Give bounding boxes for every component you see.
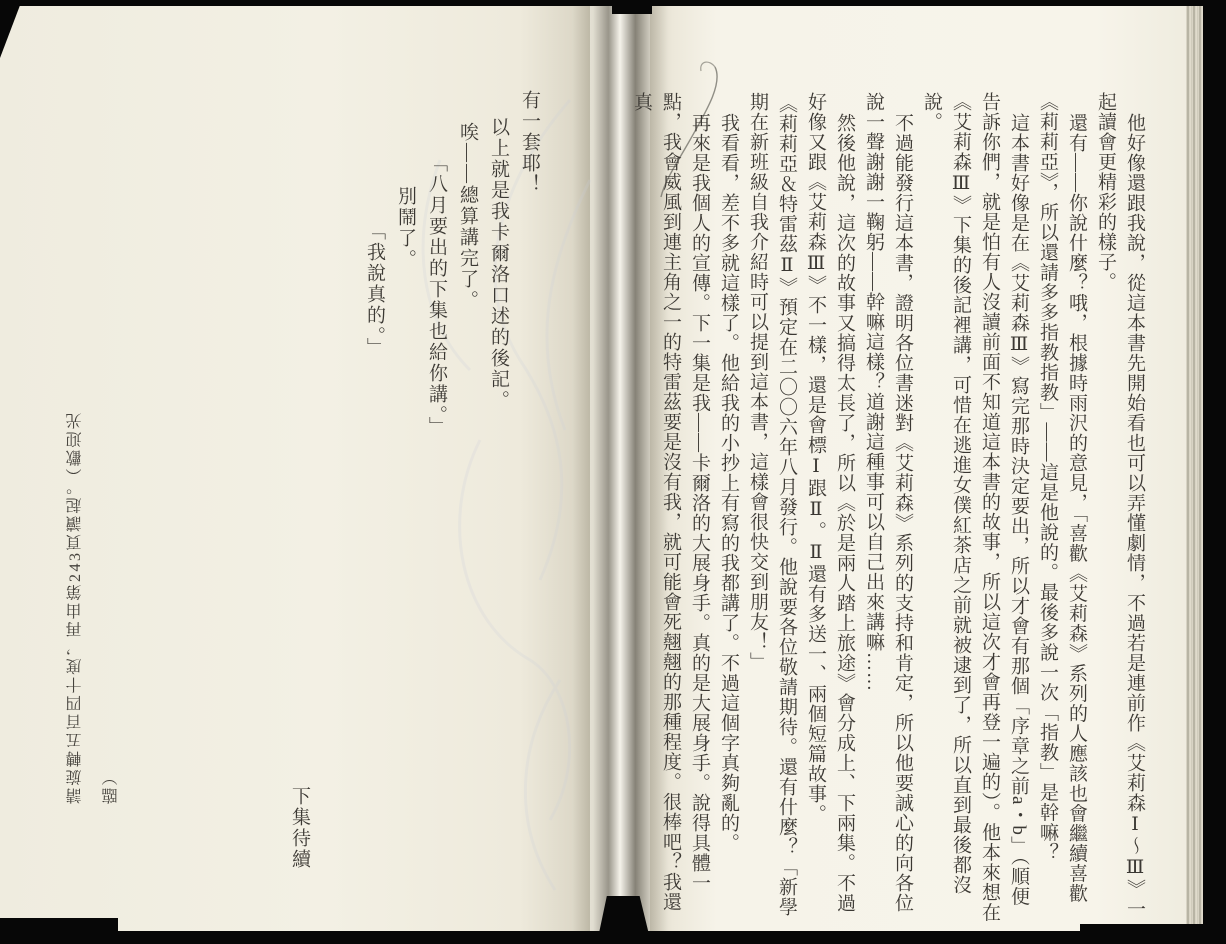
text-column: 我看看，差不多就這樣了。他給我的小抄上有寫的我都講了。不過這個字真夠亂的。 xyxy=(714,92,743,928)
text-column: 告訴你們，就是怕有人沒讀前面不知道這本書的故事，所以這次才會再登一遍的）。他本來… xyxy=(975,92,1004,928)
book-scan: 他好像還跟我說，從這本書先開始看也可以弄懂劇情，不過若是連前作《艾莉森Ⅰ～Ⅲ》一… xyxy=(0,0,1226,944)
page-edge-stack xyxy=(1186,6,1204,934)
text-column: 不過能發行這本書，證明各位書迷對《艾莉森》系列的支持和肯定，所以他要誠心的向各位 xyxy=(888,92,917,928)
to-be-continued-label: 下集待續 xyxy=(283,786,315,878)
text-column: 別鬧了。 xyxy=(390,90,421,926)
text-column: 然後他說，這次的故事又搞得太長了，所以《於是兩人踏上旅途》會分成上、下兩集。不過 xyxy=(830,92,859,928)
dialogue-text-block: 有一套耶！ 以上就是我卡爾洛口述的後記。 唉——總算講完了。 「八月要出的下集也… xyxy=(297,90,545,926)
text-column: 起讀會更精彩的樣子。 xyxy=(1091,92,1120,928)
text-column: 《莉莉亞＆特雷茲Ⅱ》預定在二〇〇六年八月發行。他說要各位敬請期待。還有什麼？「新… xyxy=(772,92,801,928)
text-column: 唉——總算講完了。 xyxy=(452,90,483,926)
text-column: 說一聲謝謝一鞠躬——幹嘛這樣？道謝這種事可以自己出來講嘛…… xyxy=(859,92,888,928)
text-column: 好像又跟《艾莉森Ⅲ》不一樣，還是會標Ⅰ跟Ⅱ。Ⅱ還有多送一、兩個短篇故事。 xyxy=(801,92,830,928)
scan-border-right xyxy=(1203,0,1226,944)
text-column: 點，我會威風到連主角之一的特雷茲要是沒有我，就可能會死翹翹的那種程度。很棒吧？我… xyxy=(627,92,685,928)
text-column: 「我說真的。」 xyxy=(359,90,390,926)
text-column: 「八月要出的下集也給你講。」 xyxy=(421,90,452,926)
text-column: 這本書好像是在《艾莉森Ⅲ》寫完那時決定要出，所以才會有那個「序章之前a・b」（順… xyxy=(1004,92,1033,928)
scan-border-bottom xyxy=(0,931,1226,944)
text-column: 還有——你說什麼？哦，根據時雨沢的意見，「喜歡《艾莉森》系列的人應該也會繼續喜歡 xyxy=(1062,92,1091,928)
scan-border-gutter-top xyxy=(612,0,652,14)
text-column: 再來是我個人的宣傳。下一集是我——卡爾洛的大展身手。真的是大展身手。說得具體一 xyxy=(685,92,714,928)
text-column: 《莉莉亞》，所以還請多多指教指教」——這是他說的。最後多說一次「指教」是幹嘛？ xyxy=(1033,92,1062,928)
text-column: 《艾莉森Ⅲ》下集的後記裡講，可惜在逃進女僕紅茶店之前就被逮到了，所以直到最後都沒… xyxy=(917,92,975,928)
rotated-footnote: 請旋轉五百四十度，再由第243頁讀起。（歡迎光臨） xyxy=(58,386,94,804)
text-column: 以上就是我卡爾洛口述的後記。 xyxy=(483,90,514,926)
text-column: 他好像還跟我說，從這本書先開始看也可以弄懂劇情，不過若是連前作《艾莉森Ⅰ～Ⅲ》一 xyxy=(1120,92,1149,928)
text-column: 期在新班級自我介紹時可以提到這本書，這樣會很快交到朋友！」 xyxy=(743,92,772,928)
text-column: 有一套耶！ xyxy=(514,90,545,926)
afterword-text-block: 他好像還跟我說，從這本書先開始看也可以弄懂劇情，不過若是連前作《艾莉森Ⅰ～Ⅲ》一… xyxy=(685,92,1149,928)
